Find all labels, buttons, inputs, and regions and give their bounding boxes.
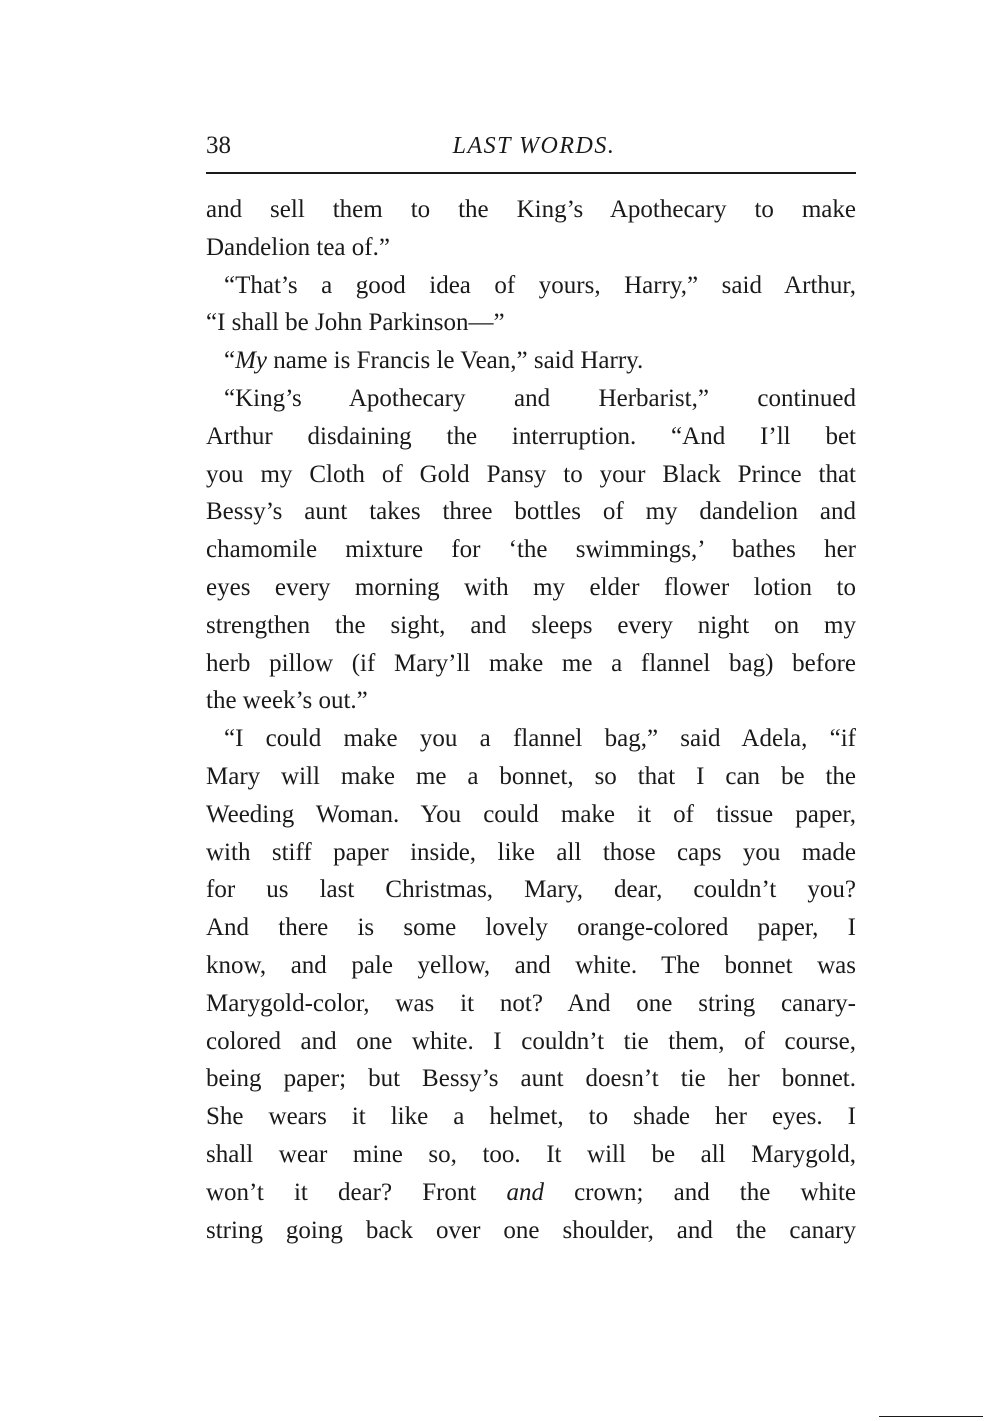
text-line: “I shall be John Parkinson—”	[206, 304, 856, 342]
italic-emphasis: My	[235, 347, 267, 374]
text-line: colored and one white. I couldn’t tie th…	[206, 1023, 856, 1061]
header-rule	[206, 172, 856, 174]
text-line: for us last Christmas, Mary, dear, could…	[206, 871, 856, 909]
text-line: Marygold-color, was it not? And one stri…	[206, 985, 856, 1023]
text-line: the week’s out.”	[206, 682, 856, 720]
text-line: Mary will make me a bonnet, so that I ca…	[206, 758, 856, 796]
text-line: won’t it dear? Front and crown; and the …	[206, 1174, 856, 1212]
text-line: She wears it like a helmet, to shade her…	[206, 1098, 856, 1136]
text-line: and sell them to the King’s Apothecary t…	[206, 191, 856, 229]
footer-rule	[879, 1416, 983, 1417]
text-line: Bessy’s aunt takes three bottles of my d…	[206, 493, 856, 531]
text-line: “My name is Francis le Vean,” said Harry…	[206, 342, 856, 380]
text-line: shall wear mine so, too. It will be all …	[206, 1136, 856, 1174]
text-line: Dandelion tea of.”	[206, 229, 856, 267]
body-text: and sell them to the King’s Apothecary t…	[206, 191, 856, 1249]
text-line: with stiff paper inside, like all those …	[206, 834, 856, 872]
text-segment: “	[224, 347, 235, 374]
text-line: know, and pale yellow, and white. The bo…	[206, 947, 856, 985]
text-line: Arthur disdaining the interruption. “And…	[206, 418, 856, 456]
text-line: herb pillow (if Mary’ll make me a flanne…	[206, 645, 856, 683]
text-line: you my Cloth of Gold Pansy to your Black…	[206, 456, 856, 494]
text-line: being paper; but Bessy’s aunt doesn’t ti…	[206, 1060, 856, 1098]
text-segment: name is Francis le Vean,” said Harry.	[267, 347, 643, 374]
italic-emphasis: and	[506, 1179, 544, 1206]
text-segment: won’t it dear? Front	[206, 1179, 506, 1206]
text-line: eyes every morning with my elder flower …	[206, 569, 856, 607]
text-line: “King’s Apothecary and Herbarist,” conti…	[206, 380, 856, 418]
text-segment: crown; and the white	[544, 1179, 856, 1206]
text-line: chamomile mixture for ‘the swimmings,’ b…	[206, 531, 856, 569]
text-line: And there is some lovely orange-colored …	[206, 909, 856, 947]
text-line: string going back over one shoulder, and…	[206, 1212, 856, 1250]
text-line: Weeding Woman. You could make it of tiss…	[206, 796, 856, 834]
text-line: strengthen the sight, and sleeps every n…	[206, 607, 856, 645]
text-line: “I could make you a flannel bag,” said A…	[206, 720, 856, 758]
text-line: “That’s a good idea of yours, Harry,” sa…	[206, 267, 856, 305]
running-title: LAST WORDS.	[0, 131, 1000, 161]
